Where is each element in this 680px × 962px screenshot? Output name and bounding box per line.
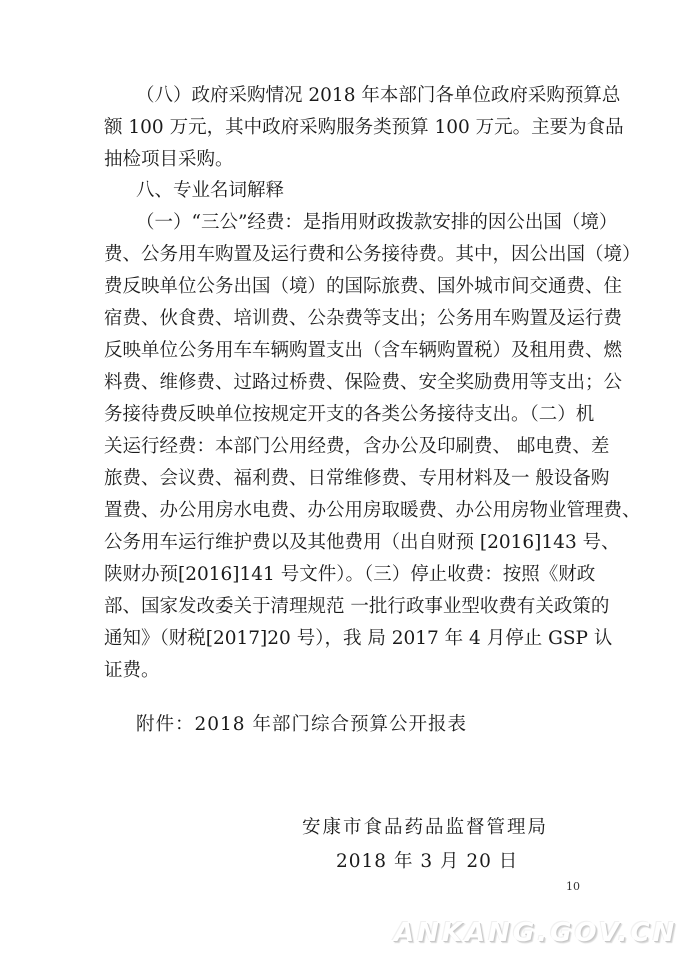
paragraph-line: 宿费、伙食费、培训费、公杂费等支出；公务用车购置及运行费 (104, 303, 576, 335)
attachment-note: 附件：2018 年部门综合预算公开报表 (136, 709, 467, 741)
paragraph-line: 证费。 (104, 655, 576, 687)
paragraph-line: 反映单位公务用车车辆购置支出（含车辆购置税）及租用费、燃 (104, 335, 576, 367)
paragraph-line: 费反映单位公务出国（境）的国际旅费、国外城市间交通费、住 (104, 271, 576, 303)
paragraph-line: （一）“三公”经费：是指用财政拨款安排的因公出国（境） (136, 207, 576, 239)
site-watermark: ANKANG.GOV.CN (394, 918, 677, 948)
paragraph-line: 通知》（财税[2017]20 号），我 局 2017 年 4 月停止 GSP 认 (104, 623, 576, 655)
paragraph-line: 关运行经费：本部门公用经费，含办公及印刷费、 邮电费、差 (104, 431, 576, 463)
paragraph-line: 额 100 万元，其中政府采购服务类预算 100 万元。主要为食品 (104, 112, 576, 144)
paragraph-line: 务接待费反映单位按规定开支的各类公务接待支出。（二）机 (104, 399, 576, 431)
paragraph-line: 部、国家发改委关于清理规范 一批行政事业型收费有关政策的 (104, 591, 576, 623)
paragraph-line: 旅费、会议费、福利费、日常维修费、专用材料及一 般设备购 (104, 463, 576, 495)
paragraph-line: 公务用车运行维护费以及其他费用（出自财预 [2016]143 号、 (104, 527, 576, 559)
section-heading: 八、专业名词解释 (136, 175, 576, 207)
signature-date: 2018 年 3 月 20 日 (336, 846, 518, 878)
signature-organization: 安康市食品药品监督管理局 (302, 812, 548, 844)
document-page: （八）政府采购情况 2018 年本部门各单位政府采购预算总 额 100 万元，其… (0, 0, 680, 962)
paragraph-line: 置费、办公用房水电费、办公用房取暖费、办公用房物业管理费、 (104, 495, 576, 527)
paragraph-line: 料费、维修费、过路过桥费、保险费、安全奖励费用等支出；公 (104, 367, 576, 399)
paragraph-line: 费、公务用车购置及运行费和公务接待费。其中，因公出国（境） (104, 239, 576, 271)
page-number: 10 (566, 880, 580, 893)
paragraph-line: 抽检项目采购。 (104, 144, 576, 176)
paragraph-line: （八）政府采购情况 2018 年本部门各单位政府采购预算总 (136, 80, 576, 112)
paragraph-line: 陕财办预[2016]141 号文件）。（三）停止收费：按照《财政 (104, 559, 576, 591)
